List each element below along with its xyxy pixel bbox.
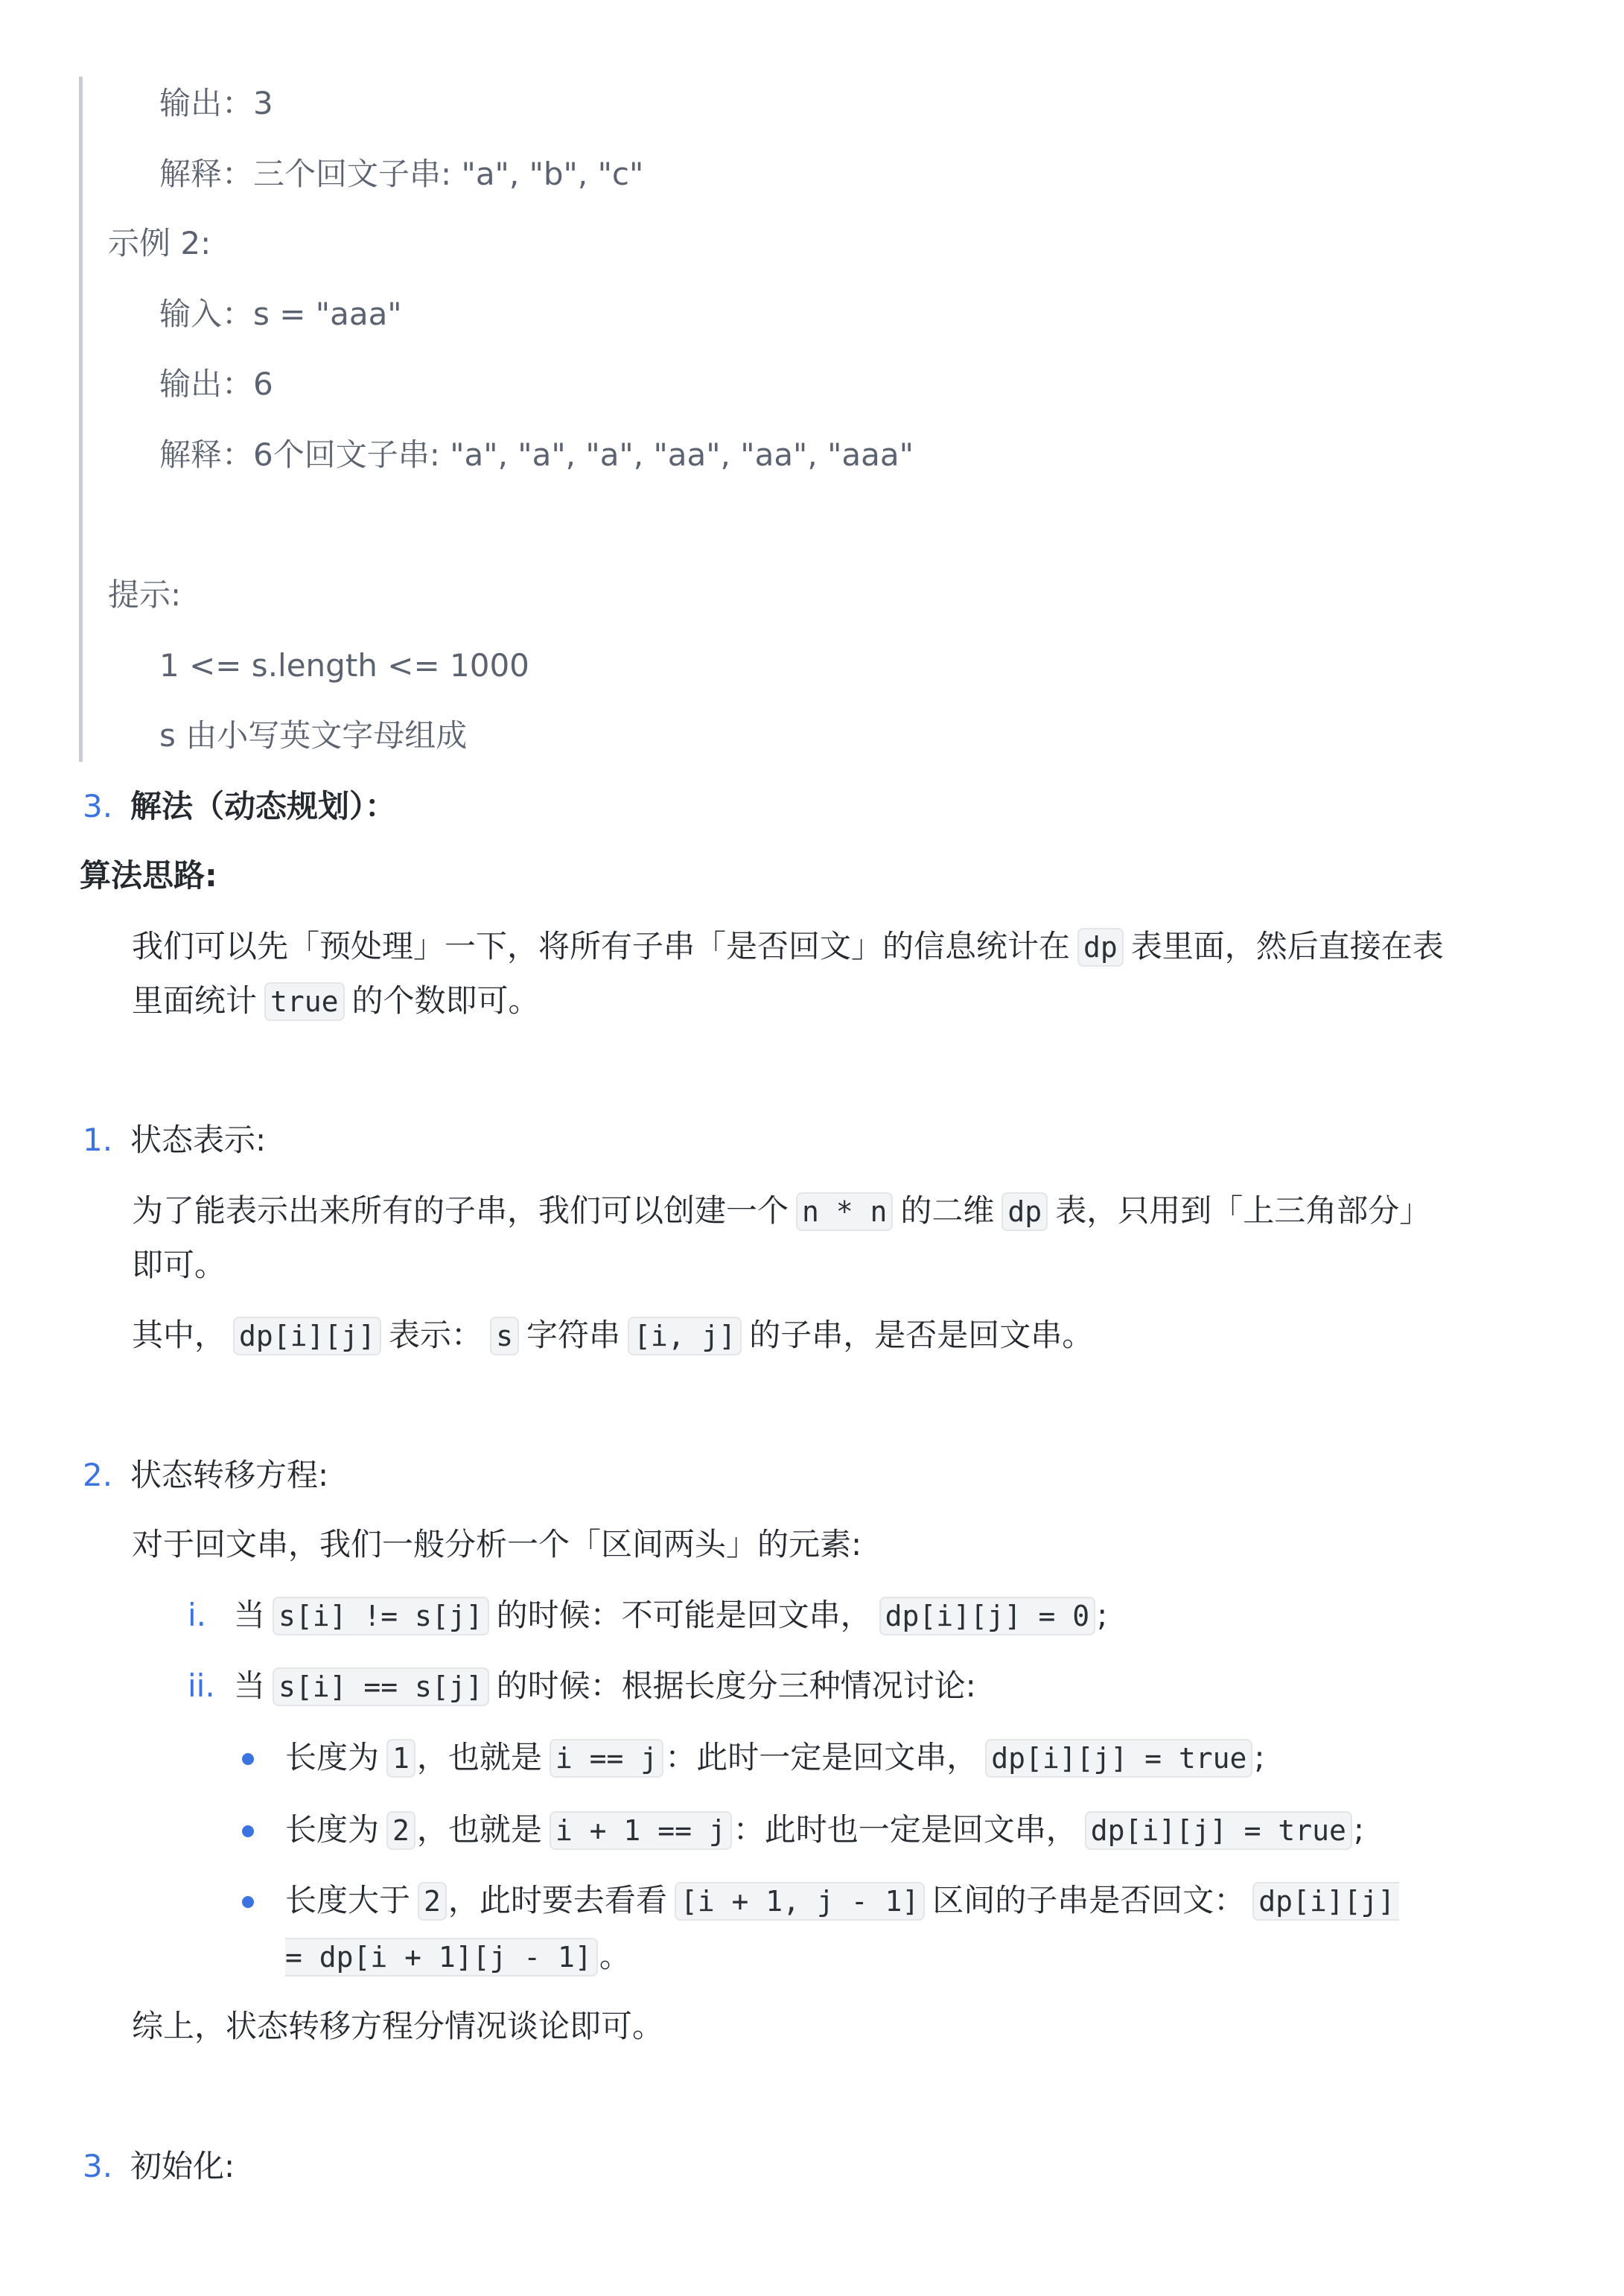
bullet-item: 长度大于2，此时要去看看[i + 1, j - 1]区间的子串是否回文：dp[i…: [285, 1878, 1399, 1924]
text: 其中，: [132, 1317, 226, 1353]
text: 长度大于: [285, 1882, 410, 1918]
text: ，此时要去看看: [448, 1882, 667, 1918]
step-title: 初始化:: [130, 2144, 235, 2189]
text: 的二维: [900, 1192, 994, 1229]
text: 当: [234, 1597, 265, 1633]
inline-code: [i + 1, j - 1]: [675, 1882, 925, 1921]
text: 表里面，然后直接在表: [1131, 928, 1444, 964]
list-number: 1.: [83, 1118, 112, 1163]
paragraph: 综上，状态转移方程分情况谈论即可。: [132, 2004, 663, 2049]
inline-code: dp[i][j]: [1252, 1882, 1399, 1921]
paragraph: 为了能表示出来所有的子串，我们可以创建一个n * n的二维dp表，只用到「上三角…: [132, 1189, 1430, 1234]
inline-code: i + 1 == j: [550, 1811, 732, 1850]
inline-code: n * n: [796, 1192, 893, 1231]
list-number: 3.: [83, 784, 112, 829]
text: 的时候：不可能是回文串，: [497, 1597, 872, 1633]
inline-code: 2: [418, 1882, 447, 1921]
text: 为了能表示出来所有的子串，我们可以创建一个: [132, 1192, 789, 1229]
bullet-icon: [242, 1825, 254, 1837]
paragraph: 对于回文串，我们一般分析一个「区间两头」的元素:: [132, 1522, 862, 1567]
bullet-icon: [242, 1753, 254, 1765]
bullet-item: 长度为1，也就是i == j：此时一定是回文串，dp[i][j] = true;: [285, 1735, 1265, 1781]
hint-item: 1 <= s.length <= 1000: [159, 643, 529, 688]
text: 里面统计: [132, 982, 257, 1019]
step-title: 状态表示:: [130, 1118, 266, 1163]
example2-title: 示例 2:: [108, 221, 211, 266]
text: 。: [599, 1938, 631, 1974]
text: 区间的子串是否回文：: [932, 1882, 1245, 1918]
inline-code: true: [264, 982, 345, 1021]
inline-code: dp[i][j]: [233, 1317, 381, 1355]
text: ：此时一定是回文串，: [665, 1739, 978, 1775]
inline-code: dp: [1077, 928, 1124, 967]
example2-output: 输出：6: [159, 362, 273, 407]
example1-output: 输出：3: [159, 81, 273, 126]
inline-code: dp[i][j] = true: [1085, 1811, 1352, 1850]
inline-code: s[i] == s[j]: [273, 1667, 489, 1706]
case-item: 当s[i] == s[j]的时候：根据长度分三种情况讨论:: [234, 1664, 976, 1709]
inline-code: 1: [386, 1739, 415, 1778]
inline-code: i == j: [550, 1739, 663, 1778]
inline-code: dp[i][j] = 0: [879, 1597, 1096, 1635]
inline-code: 2: [386, 1811, 415, 1850]
text: 当: [234, 1667, 265, 1704]
section-title: 解法（动态规划）：: [130, 784, 396, 829]
inline-code: = dp[i + 1][j - 1]: [285, 1938, 598, 1977]
text: 长度为: [285, 1739, 379, 1775]
idea-title: 算法思路:: [80, 853, 217, 898]
paragraph: 即可。: [132, 1243, 226, 1288]
paragraph: 里面统计true的个数即可。: [132, 979, 540, 1024]
example2-input: 输入：s = "aaa": [159, 292, 402, 337]
bullet-item: 长度为2，也就是i + 1 == j：此时也一定是回文串，dp[i][j] = …: [285, 1807, 1364, 1853]
hint-item: s 由小写英文字母组成: [159, 713, 467, 758]
text: 我们可以先「预处理」一下，将所有子串「是否回文」的信息统计在: [132, 928, 1070, 964]
list-marker: ii.: [188, 1664, 215, 1708]
text: 的时候：根据长度分三种情况讨论:: [497, 1667, 976, 1704]
paragraph: 我们可以先「预处理」一下，将所有子串「是否回文」的信息统计在dp表里面，然后直接…: [132, 924, 1444, 970]
list-number: 3.: [83, 2144, 112, 2189]
inline-code: dp: [1002, 1192, 1048, 1231]
paragraph: 其中，dp[i][j]表示：s字符串[i, j]的子串，是否是回文串。: [132, 1313, 1093, 1358]
text: ，也就是: [417, 1739, 542, 1775]
bullet-item-continuation: = dp[i + 1][j - 1]。: [285, 1934, 631, 1979]
bullet-icon: [242, 1896, 254, 1908]
text: ，也就是: [417, 1811, 542, 1848]
example1-explain: 解释：三个回文子串: "a", "b", "c": [159, 152, 643, 197]
inline-code: [i, j]: [628, 1317, 742, 1355]
text: ;: [1354, 1811, 1364, 1848]
inline-code: dp[i][j] = true: [985, 1739, 1252, 1778]
text: 的个数即可。: [352, 982, 540, 1019]
list-number: 2.: [83, 1453, 112, 1498]
hint-title: 提示:: [108, 573, 181, 617]
text: ：此时也一定是回文串，: [733, 1811, 1077, 1848]
blockquote-bar: [79, 77, 83, 762]
text: 的子串，是否是回文串。: [749, 1317, 1093, 1353]
text: 表示：: [389, 1317, 483, 1353]
text: 表，只用到「上三角部分」: [1055, 1192, 1430, 1229]
example2-explain: 解释：6个回文子串: "a", "a", "a", "aa", "aa", "a…: [159, 433, 914, 477]
inline-code: s: [490, 1317, 519, 1355]
text: ;: [1254, 1739, 1264, 1775]
text: 字符串: [526, 1317, 620, 1353]
text: 长度为: [285, 1811, 379, 1848]
step-title: 状态转移方程:: [130, 1453, 328, 1498]
list-marker: i.: [188, 1593, 206, 1638]
inline-code: s[i] != s[j]: [273, 1597, 489, 1635]
text: ;: [1097, 1597, 1107, 1633]
case-item: 当s[i] != s[j]的时候：不可能是回文串，dp[i][j] = 0;: [234, 1593, 1107, 1638]
